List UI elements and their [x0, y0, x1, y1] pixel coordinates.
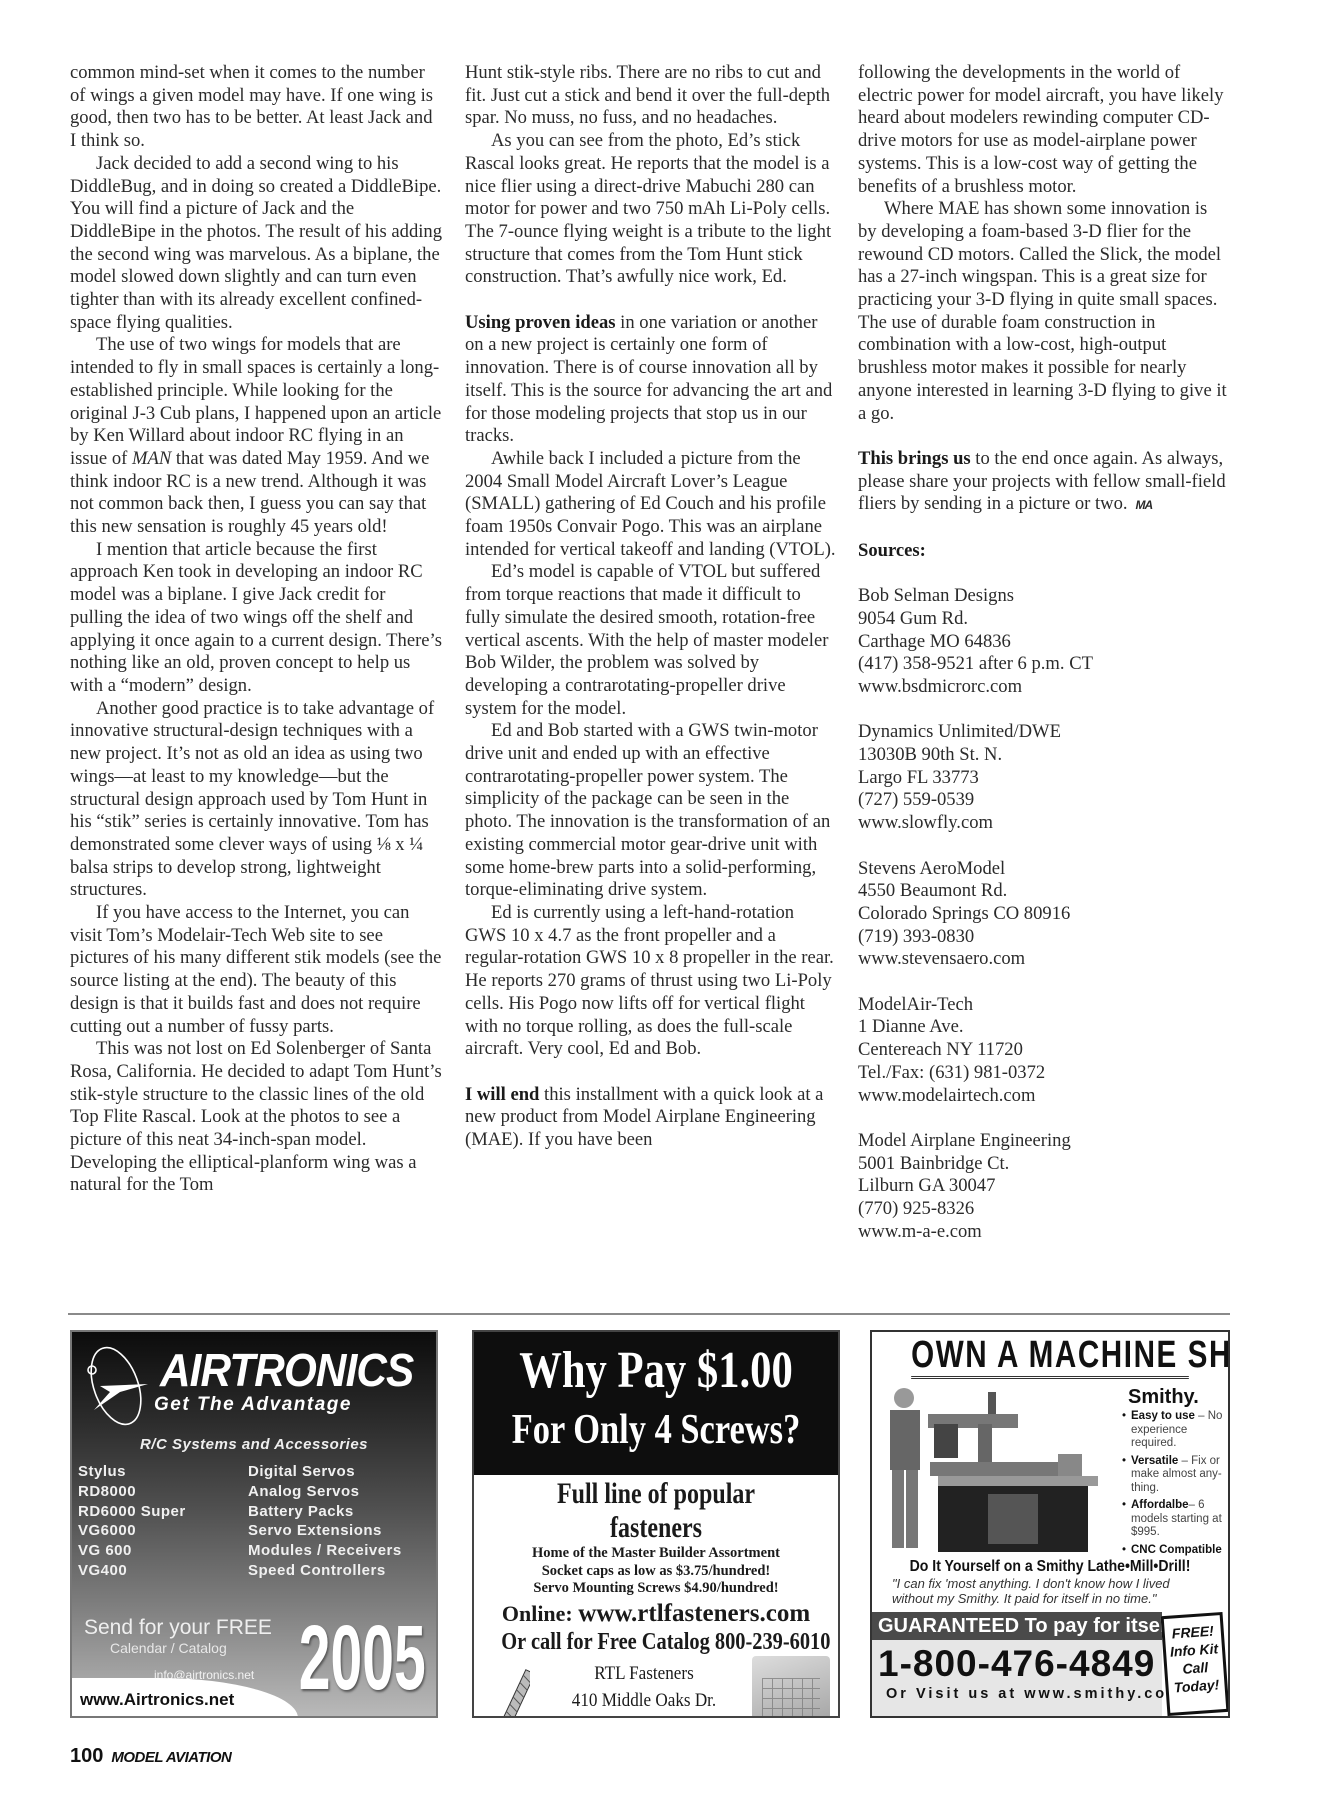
paragraph: Jack decided to add a second wing to his…: [70, 153, 442, 335]
source-name: Stevens AeroModel: [858, 858, 1230, 881]
rtl-street: 410 Middle Oaks Dr.: [563, 1687, 725, 1714]
airtronics-brand: AIRTRONICS: [160, 1346, 413, 1394]
rtl-full-line: Full line of popular fasteners: [510, 1477, 801, 1545]
paragraph: I will end this installment with a quick…: [465, 1084, 837, 1152]
sources-list: Bob Selman Designs 9054 Gum Rd. Carthage…: [858, 585, 1230, 1243]
source-website-link[interactable]: www.modelairtech.com: [858, 1085, 1230, 1108]
smithy-diy-line: Do It Yourself on a Smithy Lathe•Mill•Dr…: [893, 1558, 1206, 1576]
rtl-contact-block: RTL Fasteners 410 Middle Oaks Dr. Chesap…: [474, 1656, 838, 1719]
rtl-fasteners-ad[interactable]: Why Pay $1.00 For Only 4 Screws? Full li…: [472, 1330, 840, 1718]
smithy-headline: OWN A MACHINE SHOP: [911, 1332, 1189, 1379]
product-item: Speed Controllers: [248, 1561, 402, 1581]
run-in-heading: This brings us: [858, 448, 971, 469]
source-website-link[interactable]: www.stevensaero.com: [858, 948, 1230, 971]
paragraph: Ed’s model is capable of VTOL but suffer…: [465, 561, 837, 720]
rtl-online-label: Online:: [502, 1601, 578, 1626]
assortment-box-image: [752, 1656, 830, 1719]
product-item: Modules / Receivers: [248, 1541, 402, 1561]
page-footer: 100MODEL AVIATION: [70, 1745, 231, 1768]
paragraph: As you can see from the photo, Ed’s stic…: [465, 130, 837, 289]
article-column-3: following the developments in the world …: [858, 62, 1230, 1243]
source-entry: Stevens AeroModel 4550 Beaumont Rd. Colo…: [858, 858, 1230, 972]
source-phone: (719) 393-0830: [858, 926, 1230, 949]
feature-title: Versatile: [1131, 1455, 1178, 1467]
product-item: Analog Servos: [248, 1482, 402, 1502]
rtl-address: RTL Fasteners 410 Middle Oaks Dr. Chesap…: [563, 1660, 725, 1719]
airtronics-products-left: Stylus RD8000 RD6000 Super VG6000 VG 600…: [78, 1462, 186, 1581]
lathe-mill-photo: [878, 1384, 1108, 1552]
airtronics-orbit-plane-icon: [80, 1340, 150, 1430]
product-item: VG 600: [78, 1541, 186, 1561]
source-entry: Bob Selman Designs 9054 Gum Rd. Carthage…: [858, 585, 1230, 699]
rtl-line: Servo Mounting Screws $4.90/hundred!: [474, 1580, 838, 1598]
source-name: Model Airplane Engineering: [858, 1130, 1230, 1153]
source-phone: Tel./Fax: (631) 981-0372: [858, 1062, 1230, 1085]
smithy-guarantee: GUARANTEED To pay for itself!: [872, 1612, 1162, 1640]
source-website-link[interactable]: www.bsdmicrorc.com: [858, 676, 1230, 699]
rtl-online: Online: www.rtlfasteners.com: [474, 1600, 838, 1628]
feature-title: Easy to use: [1131, 1410, 1195, 1422]
smithy-website-link[interactable]: Or Visit us at www.smithy.com: [886, 1686, 1183, 1702]
feature-title: Affordalbe: [1131, 1499, 1189, 1511]
end-mark-logo: MA: [1136, 498, 1153, 512]
smithy-features-list: Easy to use – No experience required. Ve…: [1122, 1410, 1230, 1561]
feature-item: Affordalbe– 6 models starting at $995.: [1122, 1499, 1230, 1540]
source-city: Largo FL 33773: [858, 767, 1230, 790]
feature-item: CNC Compatible: [1122, 1544, 1230, 1558]
run-in-heading: I will end: [465, 1084, 539, 1105]
airtronics-year: 2005: [299, 1610, 426, 1706]
source-city: Colorado Springs CO 80916: [858, 903, 1230, 926]
sources-heading-text: Sources:: [858, 540, 926, 561]
source-city: Carthage MO 64836: [858, 631, 1230, 654]
airtronics-tagline: Get The Advantage: [154, 1394, 352, 1416]
source-street: 4550 Beaumont Rd.: [858, 880, 1230, 903]
source-name: Dynamics Unlimited/DWE: [858, 721, 1230, 744]
source-street: 13030B 90th St. N.: [858, 744, 1230, 767]
paragraph: common mind-set when it comes to the num…: [70, 62, 442, 153]
product-item: RD8000: [78, 1482, 186, 1502]
product-item: VG400: [78, 1561, 186, 1581]
rtl-headline-1: Why Pay $1.00: [507, 1332, 805, 1402]
product-item: Digital Servos: [248, 1462, 402, 1482]
product-item: VG6000: [78, 1521, 186, 1541]
section-divider: [68, 1313, 1230, 1315]
rtl-line: Home of the Master Builder Assortment: [474, 1545, 838, 1563]
rtl-website-link[interactable]: www.rtlfasteners.com: [578, 1600, 810, 1627]
airtronics-subtitle: R/C Systems and Accessories: [72, 1436, 436, 1453]
source-phone: (417) 358-9521 after 6 p.m. CT: [858, 653, 1230, 676]
feature-item: Easy to use – No experience required.: [1122, 1410, 1230, 1451]
source-street: 9054 Gum Rd.: [858, 608, 1230, 631]
publication-name: MODEL AVIATION: [111, 1749, 231, 1766]
source-phone: (770) 925-8326: [858, 1198, 1230, 1221]
rtl-call-line: Or call for Free Catalog 800-239-6010: [501, 1628, 810, 1656]
page-number: 100: [70, 1745, 103, 1767]
rtl-city: Chesapeake, VA 23322: [563, 1714, 725, 1719]
product-item: Stylus: [78, 1462, 186, 1482]
smithy-testimonial: "I can fix 'most anything. I don't know …: [892, 1576, 1214, 1606]
airtronics-ad[interactable]: AIRTRONICS Get The Advantage R/C Systems…: [70, 1330, 438, 1718]
smithy-ad[interactable]: OWN A MACHINE SHOP Smithy. Easy to use –…: [870, 1330, 1230, 1718]
free-info-kit-badge: FREE! Info Kit Call Today!: [1161, 1612, 1230, 1716]
source-website-link[interactable]: www.slowfly.com: [858, 812, 1230, 835]
source-street: 5001 Bainbridge Ct.: [858, 1153, 1230, 1176]
source-entry: Model Airplane Engineering 5001 Bainbrid…: [858, 1130, 1230, 1244]
paragraph: If you have access to the Internet, you …: [70, 902, 442, 1038]
rtl-company: RTL Fasteners: [563, 1660, 725, 1687]
source-street: 1 Dianne Ave.: [858, 1016, 1230, 1039]
paragraph: I mention that article because the first…: [70, 539, 442, 698]
product-item: Battery Packs: [248, 1502, 402, 1522]
rtl-headline-banner: Why Pay $1.00 For Only 4 Screws?: [474, 1332, 838, 1475]
paragraph: Another good practice is to take advanta…: [70, 698, 442, 902]
rtl-line: Socket caps as low as $3.75/hundred!: [474, 1563, 838, 1581]
source-city: Lilburn GA 30047: [858, 1175, 1230, 1198]
smithy-phone-number[interactable]: 1-800-476-4849: [878, 1642, 1155, 1686]
sources-heading: Sources:: [858, 540, 1230, 563]
smithy-logo: Smithy.: [1128, 1386, 1199, 1409]
paragraph: Hunt stik-style ribs. There are no ribs …: [465, 62, 837, 130]
feature-item: Versatile – Fix or make almost any-thing…: [1122, 1455, 1230, 1496]
paragraph: Ed is currently using a left-hand-rotati…: [465, 902, 837, 1061]
source-phone: (727) 559-0539: [858, 789, 1230, 812]
source-city: Centereach NY 11720: [858, 1039, 1230, 1062]
paragraph: This was not lost on Ed Solenberger of S…: [70, 1038, 442, 1197]
airtronics-offer: Send for your FREE: [84, 1616, 272, 1640]
paragraph: Where MAE has shown some innovation is b…: [858, 198, 1230, 425]
source-name: ModelAir-Tech: [858, 994, 1230, 1017]
source-entry: Dynamics Unlimited/DWE 13030B 90th St. N…: [858, 721, 1230, 835]
source-website-link[interactable]: www.m-a-e.com: [858, 1221, 1230, 1244]
airtronics-calendar: Calendar / Catalog: [110, 1640, 227, 1656]
paragraph: Using proven ideas in one variation or a…: [465, 312, 837, 448]
paragraph: Awhile back I included a picture from th…: [465, 448, 837, 562]
screw-icon: [496, 1664, 530, 1719]
airtronics-website-link[interactable]: www.Airtronics.net: [70, 1678, 298, 1718]
product-item: RD6000 Super: [78, 1502, 186, 1522]
run-in-heading: Using proven ideas: [465, 312, 616, 333]
paragraph: Ed and Bob started with a GWS twin-motor…: [465, 720, 837, 902]
feature-title: CNC Compatible: [1131, 1544, 1222, 1556]
source-entry: ModelAir-Tech 1 Dianne Ave. Centereach N…: [858, 994, 1230, 1108]
badge-line: Today!: [1168, 1675, 1225, 1697]
article-column-2: Hunt stik-style ribs. There are no ribs …: [465, 62, 837, 1152]
article-column-1: common mind-set when it comes to the num…: [70, 62, 442, 1197]
paragraph: following the developments in the world …: [858, 62, 1230, 198]
source-name: Bob Selman Designs: [858, 585, 1230, 608]
paragraph: The use of two wings for models that are…: [70, 334, 442, 538]
magazine-title: MAN: [132, 448, 171, 469]
airtronics-products-right: Digital Servos Analog Servos Battery Pac…: [248, 1462, 402, 1581]
product-item: Servo Extensions: [248, 1521, 402, 1541]
rtl-headline-2: For Only 4 Screws?: [507, 1402, 805, 1458]
paragraph: This brings us to the end once again. As…: [858, 448, 1230, 517]
